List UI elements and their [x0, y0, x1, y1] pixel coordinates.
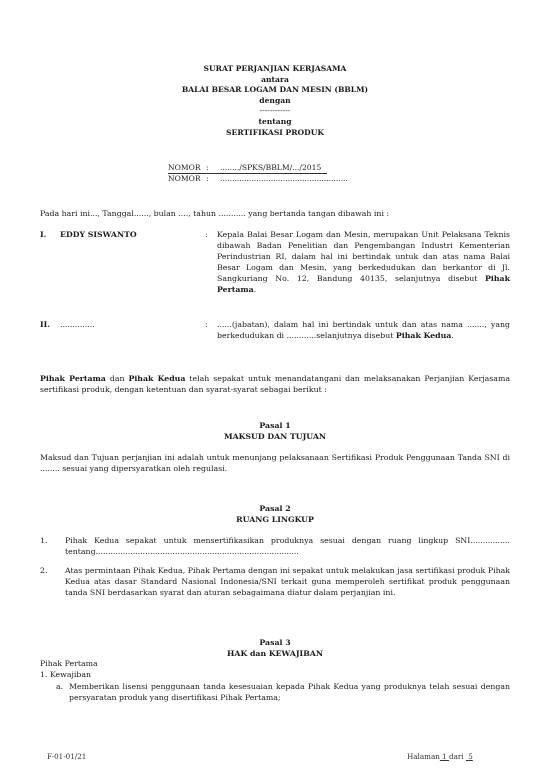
- nomor-colon: :: [206, 163, 220, 173]
- nomor-colon: :: [206, 174, 220, 184]
- party-name: EDDY SISWANTO: [60, 230, 137, 241]
- page-current: 1: [440, 752, 449, 761]
- agreement-paragraph: Pihak Pertama dan Pihak Kedua telah sepa…: [40, 374, 510, 396]
- title-line: SURAT PERJANJIAN KERJASAMA: [0, 64, 550, 75]
- nomor-line-2: NOMOR:..................................…: [168, 174, 348, 184]
- title-line: dengan: [0, 96, 550, 107]
- party-first-ref: Pihak Pertama: [40, 374, 106, 383]
- party-desc-text: Kepala Balai Besar Logam dan Mesin, meru…: [217, 230, 510, 283]
- pasal-1-title: MAKSUD DAN TUJUAN: [0, 431, 550, 442]
- party-desc-end: .: [254, 285, 256, 294]
- list-letter: a.: [56, 682, 63, 693]
- pasal-3-subsection: 1. Kewajiban: [40, 670, 510, 681]
- pasal-3-number: Pasal 3: [0, 637, 550, 648]
- party-designation: Pihak Kedua: [396, 331, 451, 340]
- subsection-number: 1.: [40, 670, 47, 679]
- title-line: antara: [0, 75, 550, 86]
- list-number: 1.: [40, 536, 47, 547]
- nomor-value: ........................................…: [220, 174, 348, 183]
- pasal-1-body: Maksud dan Tujuan perjanjian ini adalah …: [40, 453, 510, 475]
- subsection-label: Kewajiban: [50, 670, 91, 679]
- party-number: I.: [40, 230, 46, 241]
- party-second-ref: Pihak Kedua: [128, 374, 185, 383]
- agreement-and: dan: [106, 374, 129, 383]
- pasal-2-item: 2. Atas permintaan Pihak Kedua, Pihak Pe…: [40, 566, 510, 610]
- party-name: ..............: [60, 320, 95, 331]
- page-prefix: Halaman: [407, 752, 440, 761]
- page-indicator: Halaman 1 dari 5: [407, 752, 473, 762]
- list-number: 2.: [40, 566, 47, 577]
- page-sep: dari: [449, 752, 464, 761]
- party-colon: :: [205, 230, 208, 241]
- list-text: Memberikan lisensi penggunaan tanda kese…: [69, 682, 510, 704]
- title-line: BALAI BESAR LOGAM DAN MESIN (BBLM): [0, 85, 550, 96]
- party-description: ......(jabatan), dalam hal ini bertindak…: [217, 320, 510, 342]
- pasal-2-title: RUANG LINGKUP: [0, 514, 550, 525]
- pasal-2-number: Pasal 2: [0, 503, 550, 514]
- party-desc-end: .: [451, 331, 453, 340]
- list-text: Atas permintaan Pihak Kedua, Pihak Perta…: [65, 566, 510, 599]
- intro-paragraph: Pada hari ini..., Tanggal......, bulan .…: [40, 209, 510, 220]
- nomor-line-1: NOMOR:......../SPKS/BBLM/.../2015: [168, 163, 327, 174]
- pasal-3-subject: Pihak Pertama: [40, 659, 510, 670]
- title-line: tentang: [0, 117, 550, 128]
- party-description: Kepala Balai Besar Logam dan Mesin, meru…: [217, 230, 510, 295]
- form-code: F-01-01/21: [47, 752, 86, 762]
- pasal-3-item: a. Memberikan lisensi penggunaan tanda k…: [56, 682, 510, 704]
- party-desc-text: ......(jabatan), dalam hal ini bertindak…: [217, 320, 510, 340]
- page-total: 5: [466, 752, 473, 761]
- pasal-3-title: HAK dan KEWAJIBAN: [0, 648, 550, 659]
- list-text: Pihak Kedua sepakat untuk mensertifikasi…: [65, 536, 510, 558]
- document-page: SURAT PERJANJIAN KERJASAMA antara BALAI …: [0, 0, 550, 777]
- document-title-block: SURAT PERJANJIAN KERJASAMA antara BALAI …: [0, 64, 550, 138]
- nomor-value: ......../SPKS/BBLM/.../2015: [220, 163, 321, 172]
- nomor-label: NOMOR: [168, 163, 206, 173]
- party-colon: :: [205, 320, 208, 331]
- pasal-2-item: 1. Pihak Kedua sepakat untuk mensertifik…: [40, 536, 510, 558]
- title-line: SERTIFIKASI PRODUK: [0, 128, 550, 139]
- party-second: II. .............. : ......(jabatan), da…: [40, 320, 510, 356]
- pasal-1-number: Pasal 1: [0, 420, 550, 431]
- title-line: ------------: [0, 106, 550, 117]
- nomor-label: NOMOR: [168, 174, 206, 184]
- party-first: I. EDDY SISWANTO : Kepala Balai Besar Lo…: [40, 230, 510, 310]
- party-number: II.: [40, 320, 50, 331]
